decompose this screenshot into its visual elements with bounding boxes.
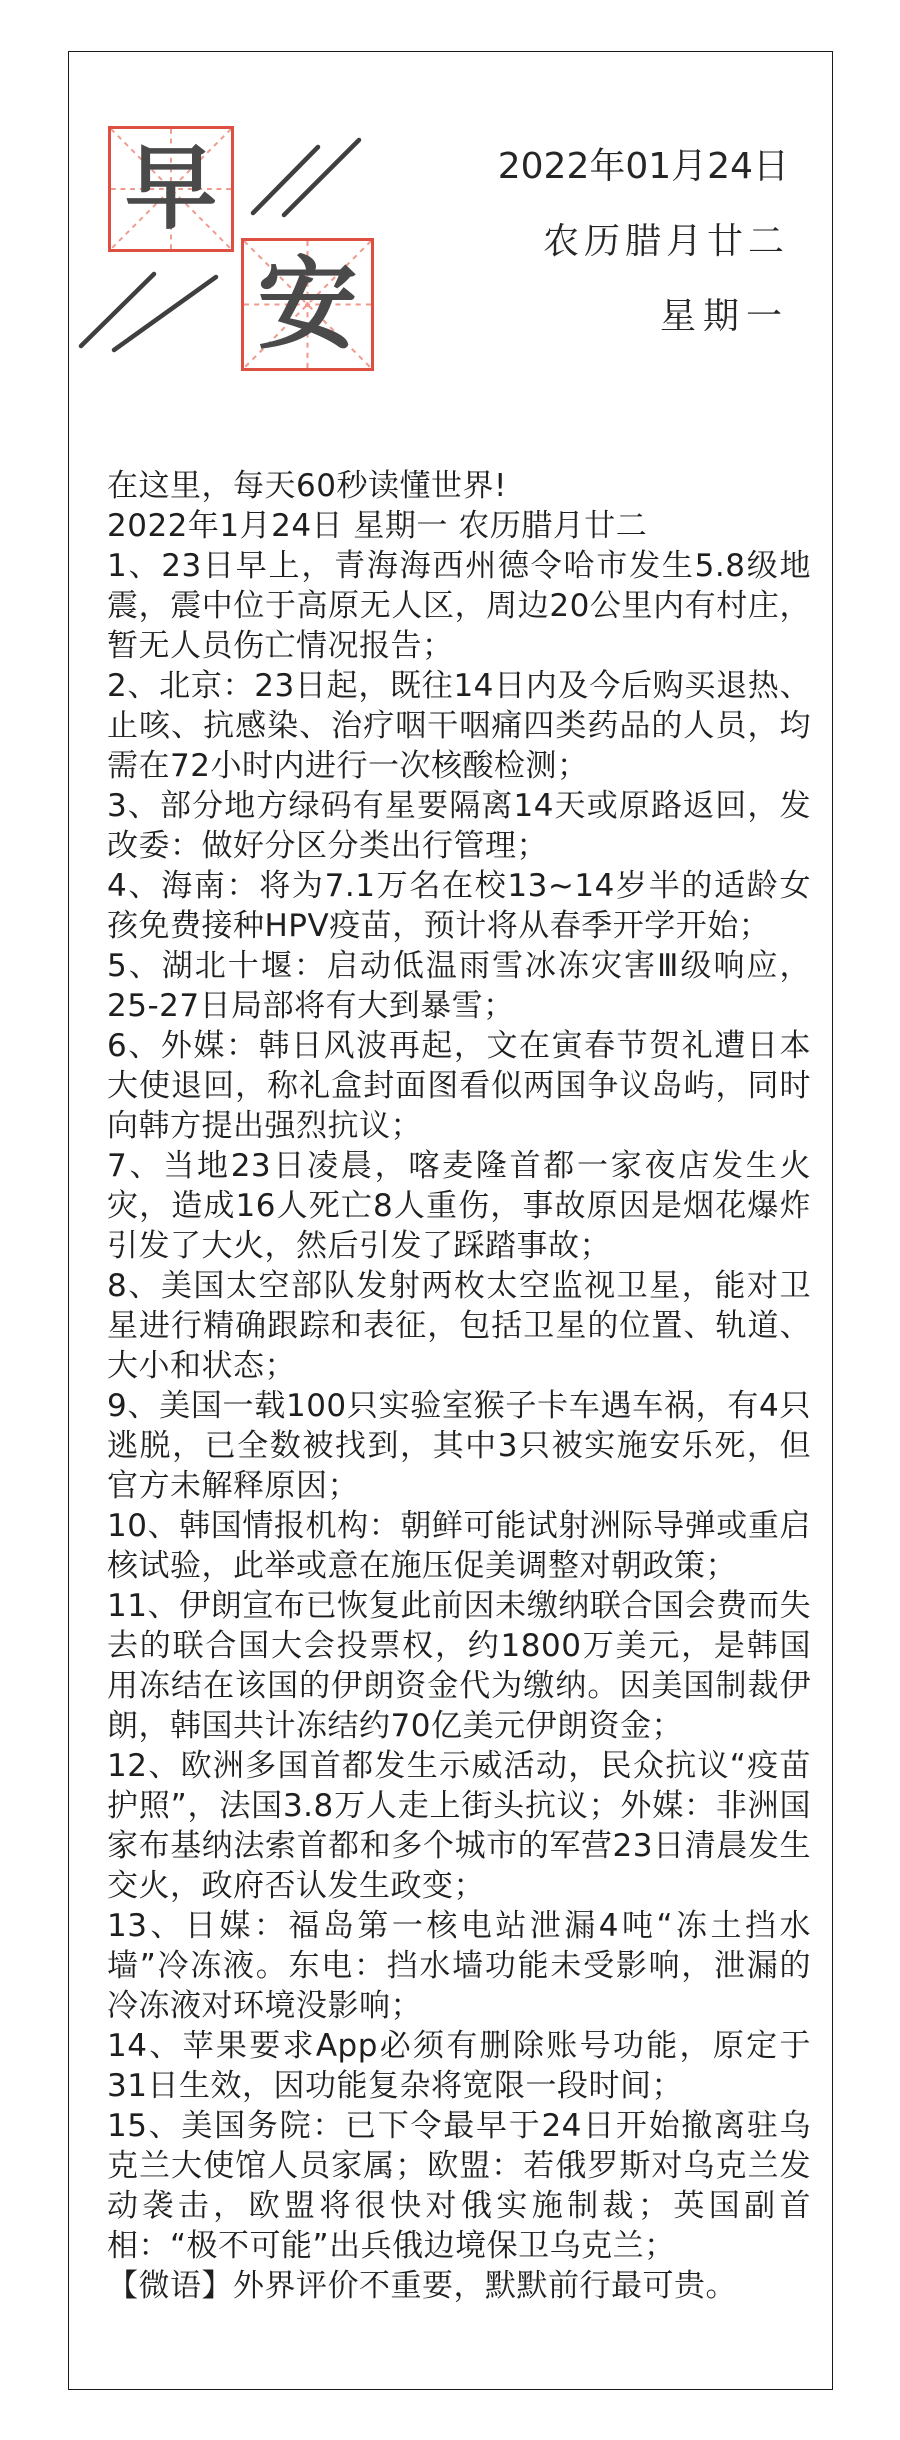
news-item-10: 10、韩国情报机构：朝鲜可能试射洲际导弹或重启核试验，此举或意在施压促美调整对朝… [107, 1506, 811, 1586]
news-item-2: 2、北京：23日起，既往14日内及今后购买退热、止咳、抗感染、治疗咽干咽痛四类药… [107, 666, 811, 786]
news-item-1: 1、23日早上，青海海西州德令哈市发生5.8级地震，震中位于高原无人区，周边20… [107, 546, 811, 666]
header-date: 2022年01月24日 [498, 129, 789, 204]
header-lunar-date: 农历腊月廿二 [498, 204, 789, 279]
news-item-7: 7、当地23日凌晨，喀麦隆首都一家夜店发生火灾，造成16人死亡8人重伤，事故原因… [107, 1146, 811, 1266]
date-line: 2022年1月24日 星期一 农历腊月廿二 [107, 506, 811, 546]
news-item-14: 14、苹果要求App必须有删除账号功能，原定于31日生效，因功能复杂将宽限一段时… [107, 2026, 811, 2106]
news-item-12: 12、欧洲多国首都发生示威活动，民众抗议“疫苗护照”，法国3.8万人走上街头抗议… [107, 1746, 811, 1906]
intro-line: 在这里，每天60秒读懂世界! [107, 466, 811, 506]
news-item-8: 8、美国太空部队发射两枚太空监视卫星，能对卫星进行精确跟踪和表征，包括卫星的位置… [107, 1266, 811, 1386]
news-item-9: 9、美国一载100只实验室猴子卡车遇车祸，有4只逃脱，已全数被找到，其中3只被实… [107, 1386, 811, 1506]
page-border: 早 安 2022年01月24日 [68, 51, 833, 2390]
news-item-15: 15、美国务院：已下令最早于24日开始撤离驻乌克兰大使馆人员家属；欧盟：若俄罗斯… [107, 2106, 811, 2266]
header-date-block: 2022年01月24日 农历腊月廿二 星期一 [498, 129, 789, 354]
news-item-13: 13、日媒：福岛第一核电站泄漏4吨“冻土挡水墙”冷冻液。东电：挡水墙功能未受影响… [107, 1906, 811, 2026]
double-slash-icon [69, 52, 469, 372]
news-item-5: 5、湖北十堰：启动低温雨雪冰冻灾害Ⅲ级响应，25-27日局部将有大到暴雪； [107, 946, 811, 1026]
header-weekday: 星期一 [498, 279, 789, 354]
news-item-11: 11、伊朗宣布已恢复此前因未缴纳联合国会费而失去的联合国大会投票权，约1800万… [107, 1586, 811, 1746]
news-body: 在这里，每天60秒读懂世界! 2022年1月24日 星期一 农历腊月廿二 1、2… [107, 466, 811, 2306]
news-item-6: 6、外媒：韩日风波再起，文在寅春节贺礼遭日本大使退回，称礼盒封面图看似两国争议岛… [107, 1026, 811, 1146]
morning-news-poster: 早 安 2022年01月24日 [0, 0, 900, 2440]
news-item-4: 4、海南：将为7.1万名在校13~14岁半的适龄女孩免费接种HPV疫苗，预计将从… [107, 866, 811, 946]
weiyu-line: 【微语】外界评价不重要，默默前行最可贵。 [107, 2266, 811, 2306]
news-item-3: 3、部分地方绿码有星要隔离14天或原路返回，发改委：做好分区分类出行管理； [107, 786, 811, 866]
